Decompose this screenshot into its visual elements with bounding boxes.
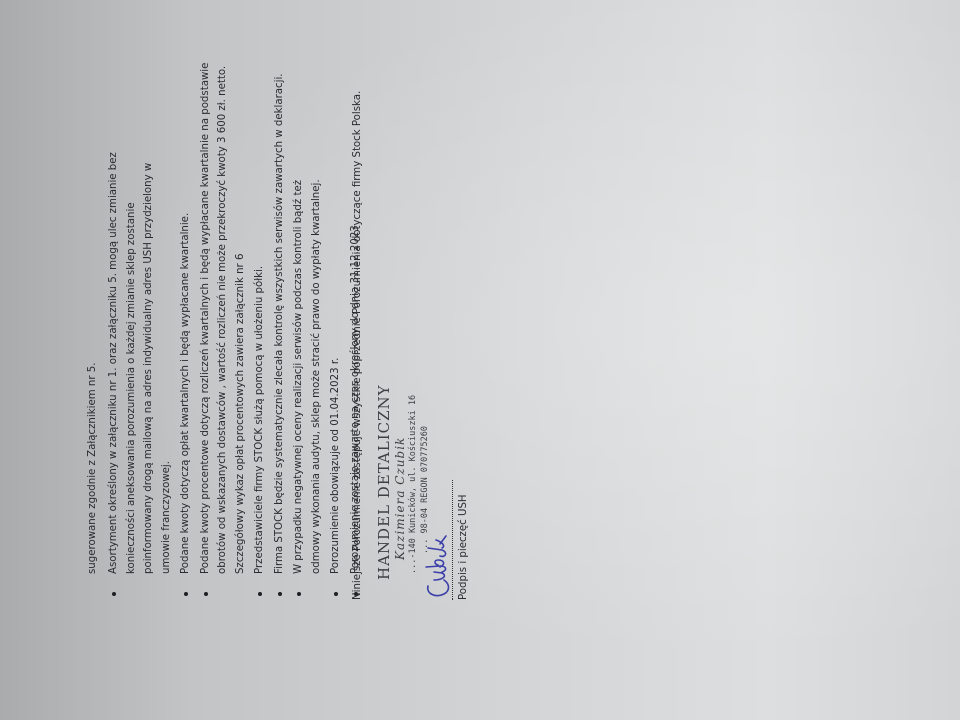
bullet-text: umowie franczyzowej. [158, 78, 176, 574]
signature-line [452, 480, 453, 600]
stamp-line-company: HANDEL DETALICZNY [376, 384, 393, 580]
bullet-item: Firma STOCK będzie systematycznie zlecał… [271, 78, 289, 598]
bullet-text: Szczegółowy wykaz opłat procentowych zaw… [232, 78, 250, 574]
closing-statement: Niniejsze Porozumienie zastępuje wszystk… [352, 91, 363, 600]
bullet-icon [334, 592, 338, 596]
bullet-item: Przedstawiciele firmy STOCK służą pomocą… [251, 78, 269, 598]
bullet-icon [297, 592, 301, 596]
bullet-icon [204, 592, 208, 596]
bullet-item: Podane kwoty procentowe dotyczą rozlicze… [197, 78, 250, 598]
bullet-icon [258, 592, 262, 596]
bullet-text: odmowy wykonania audytu, sklep może stra… [308, 78, 326, 574]
bullet-text: obrotów od wskazanych dostawców , wartoś… [214, 78, 232, 574]
bullet-text: Porozumienie obowiązuje od 01.04.2023 r. [327, 78, 345, 574]
handwritten-signature-icon [420, 530, 454, 600]
bullet-text: konieczności aneksowania porozumienia o … [123, 78, 141, 574]
document-body: sugerowane zgodnie z Załącznikiem nr 5. … [84, 78, 366, 598]
intro-line: sugerowane zgodnie z Załącznikiem nr 5. [84, 78, 101, 574]
document-page: sugerowane zgodnie z Załącznikiem nr 5. … [0, 0, 960, 720]
bullet-text: Firma STOCK będzie systematycznie zlecał… [271, 78, 289, 574]
bullet-icon [278, 592, 282, 596]
bullet-text: poinformowany drogą mailową na adres ind… [140, 78, 158, 574]
bullet-list: Asortyment określony w załączniku nr 1. … [105, 78, 364, 598]
bullet-icon [112, 592, 116, 596]
bullet-item: Podane kwoty dotyczą opłat kwartalnych i… [177, 78, 195, 598]
bullet-item: Porozumienie obowiązuje od 01.04.2023 r. [327, 78, 345, 598]
stamp-line-owner: Kazimiera Czubik [393, 384, 407, 580]
signature-label: Podpis i pieczęć USH [458, 494, 469, 600]
bullet-text: Przedstawiciele firmy STOCK służą pomocą… [251, 78, 269, 574]
bullet-text: Podane kwoty procentowe dotyczą rozlicze… [197, 78, 215, 574]
bullet-item: Asortyment określony w załączniku nr 1. … [105, 78, 175, 598]
bullet-icon [184, 592, 188, 596]
bullet-text: Podane kwoty dotyczą opłat kwartalnych i… [177, 78, 195, 574]
bullet-text: Asortyment określony w załączniku nr 1. … [105, 78, 123, 574]
bullet-item: W przypadku negatywnej oceny realizacji … [290, 78, 325, 598]
bullet-text: W przypadku negatywnej oceny realizacji … [290, 78, 308, 574]
stamp-line-address: ...-140 Kunicków, ul. Kościuszki 16 [407, 384, 419, 580]
